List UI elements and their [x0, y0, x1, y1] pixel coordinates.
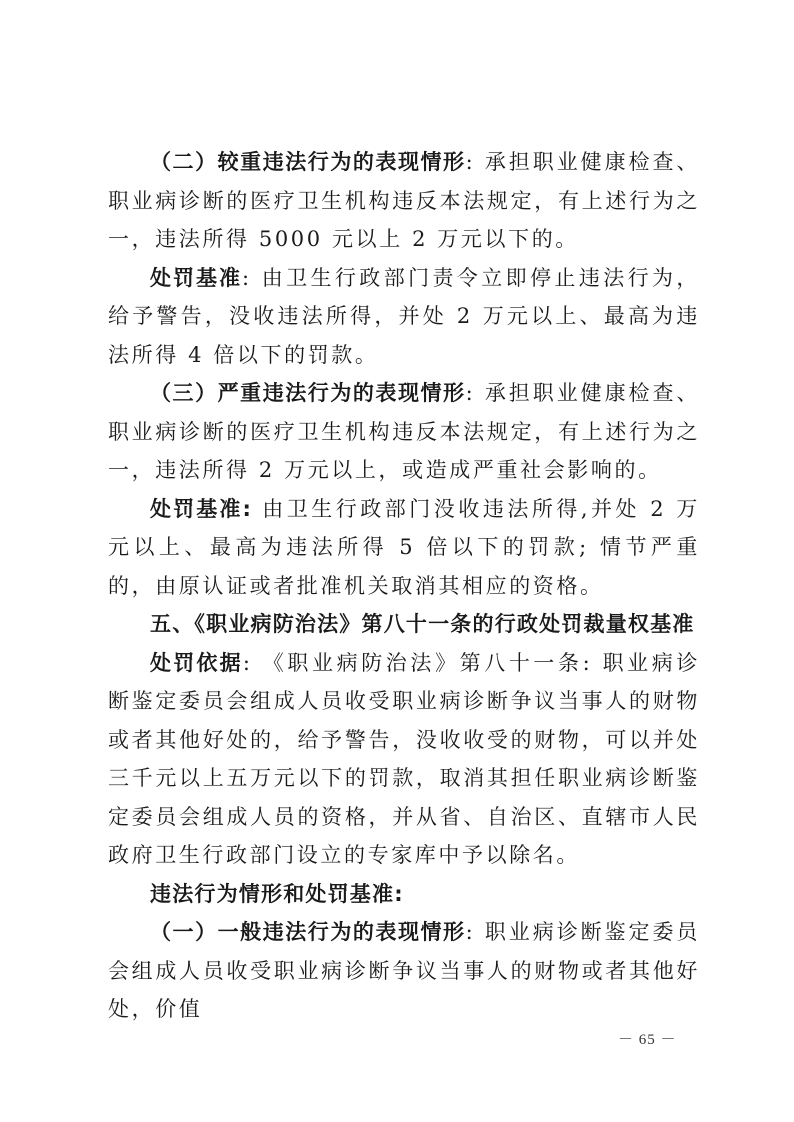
- paragraph-text: : 《职业病防治法》第八十一条: 职业病诊断鉴定委员会组成人员收受职业病诊断争议…: [108, 651, 700, 868]
- page-number: － 65 －: [618, 1028, 677, 1049]
- paragraph-penalty-basis: 处罚依据: 《职业病防治法》第八十一条: 职业病诊断鉴定委员会组成人员收受职业病…: [108, 644, 700, 875]
- subheading-violation-and-penalty: 违法行为情形和处罚基准:: [108, 875, 700, 914]
- document-page: （二）较重违法行为的表现情形: 承担职业健康检查、职业病诊断的医疗卫生机构违反本…: [108, 143, 700, 1029]
- paragraph-label: 处罚基准: [150, 266, 242, 290]
- paragraph-label: （三）严重违法行为的表现情形: [150, 381, 466, 405]
- paragraph-general-violation: （一）一般违法行为的表现情形: 职业病诊断鉴定委员会组成人员收受职业病诊断争议当…: [108, 913, 700, 1029]
- paragraph-penalty-standard-severe: 处罚基准: 由卫生行政部门没收违法所得,并处 2 万元以上、最高为违法所得 5 …: [108, 490, 700, 606]
- paragraph-serious-violation-moderate: （二）较重违法行为的表现情形: 承担职业健康检查、职业病诊断的医疗卫生机构违反本…: [108, 143, 700, 259]
- section-heading-article-81: 五、《职业病防治法》第八十一条的行政处罚裁量权基准: [108, 605, 700, 644]
- paragraph-label: 处罚基准:: [150, 497, 252, 521]
- paragraph-penalty-standard-moderate: 处罚基准: 由卫生行政部门责令立即停止违法行为，给予警告，没收违法所得，并处 2…: [108, 259, 700, 375]
- paragraph-label: （二）较重违法行为的表现情形: [150, 150, 466, 174]
- paragraph-label: 处罚依据: [150, 651, 243, 675]
- paragraph-label: （一）一般违法行为的表现情形: [150, 920, 466, 944]
- paragraph-serious-violation-severe: （三）严重违法行为的表现情形: 承担职业健康检查、职业病诊断的医疗卫生机构违反本…: [108, 374, 700, 490]
